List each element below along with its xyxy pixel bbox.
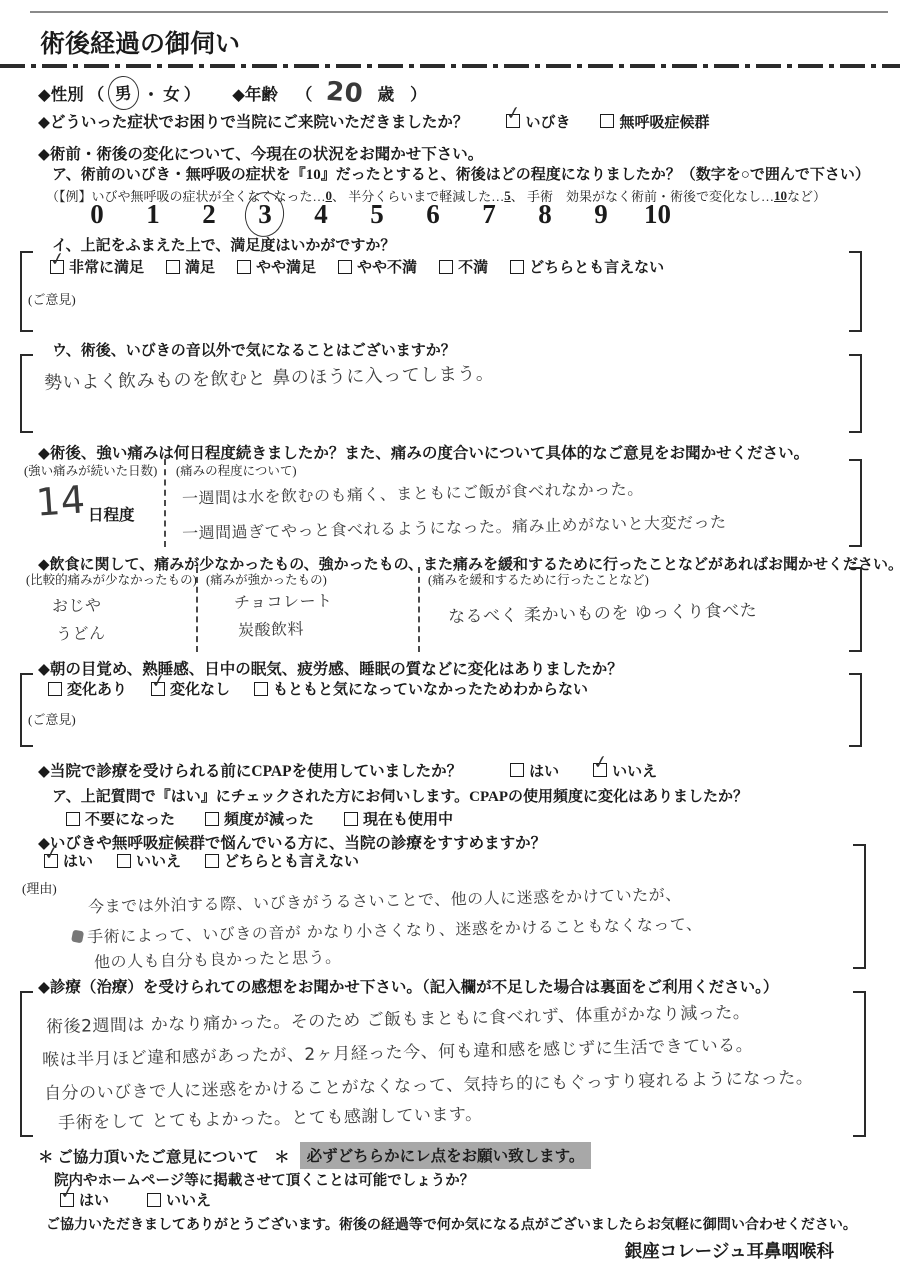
- checkbox-mukokyuu[interactable]: 無呼吸症候群: [600, 111, 709, 132]
- checkbox-box: ✓: [50, 260, 64, 274]
- sleep-answer-area: 変化あり ✓変化なし もともと気になっていなかったためわからない (ご意見): [20, 673, 862, 747]
- age-label: ◆年齢: [232, 81, 278, 105]
- impression-line-3: 自分のいびきで人に迷惑をかけることがなくなって、気持ち的にもぐっすり寝れるように…: [44, 1063, 814, 1104]
- checkbox-fuman[interactable]: 不満: [439, 256, 488, 277]
- checkbox-label: はい: [79, 1189, 109, 1210]
- checkbox-box: [344, 812, 358, 826]
- checkbox-label: どちらとも言えない: [224, 850, 359, 871]
- scribble-mark: [71, 930, 84, 944]
- paren: ）: [184, 81, 201, 105]
- sex-female-option[interactable]: 女: [163, 81, 180, 105]
- sleep-options-row: 変化あり ✓変化なし もともと気になっていなかったためわからない: [48, 678, 588, 699]
- checkbox-box: [439, 260, 453, 274]
- age-unit: 歳: [378, 81, 395, 105]
- recommend-answer-area: ✓はい いいえ どちらとも言えない (理由) 今までは外泊する際、いびきがうるさ…: [20, 844, 866, 969]
- checkbox-box: [510, 763, 524, 777]
- checkbox-yaya-fuman[interactable]: やや不満: [338, 256, 417, 277]
- column-divider: [164, 459, 166, 547]
- right-bracket: [848, 251, 862, 332]
- scale-number-1[interactable]: 1: [140, 199, 166, 230]
- check-mark: ✓: [150, 671, 168, 691]
- checkbox-label: 不要になった: [85, 808, 175, 829]
- impression-line-4: 手術をして とてもよかった。とても感謝しています。: [58, 1100, 483, 1134]
- page-top-rule: [30, 11, 888, 13]
- paren: （: [88, 81, 105, 105]
- food-col3-label: (痛みを緩和するために行ったことなど): [428, 570, 649, 588]
- scale-number-6[interactable]: 6: [420, 199, 446, 230]
- checkbox-label: 不満: [458, 256, 488, 277]
- checkbox-box: ✓: [60, 1193, 74, 1207]
- checkbox-consent-hai[interactable]: ✓はい: [60, 1189, 109, 1210]
- severity-scale-row: 0 1 2 3 4 5 6 7 8 9 10: [84, 199, 670, 230]
- column-divider: [418, 567, 420, 652]
- checkbox-rec-iie[interactable]: いいえ: [117, 850, 181, 871]
- pain-degree-line-1: 一週間は水を飲むのも痛く、まともにご飯が食べれなかった。: [182, 476, 644, 509]
- recommend-options-row: ✓はい いいえ どちらとも言えない: [44, 850, 359, 871]
- checkbox-box: [205, 854, 219, 868]
- checkbox-label: 無呼吸症候群: [619, 111, 709, 132]
- reason-line-1: 今までは外泊する際、いびきがうるさいことで、他の人に迷惑をかけていたが、: [88, 882, 682, 917]
- checkbox-label: やや不満: [357, 256, 417, 277]
- checkbox-henka-nashi[interactable]: ✓変化なし: [151, 678, 230, 699]
- food-col2-line1: チョコレート: [234, 588, 333, 613]
- checkbox-box: [166, 260, 180, 274]
- sex-label: ◆性別: [38, 81, 84, 105]
- checkbox-ibiki[interactable]: ✓ いびき: [506, 111, 570, 132]
- food-col2-label: (痛みが強かったもの): [206, 570, 327, 588]
- food-col1-line2: うどん: [56, 620, 106, 644]
- pain-degree-line-2: 一週間過ぎてやっと食べれるようになった。痛み止めがないと大変だった: [182, 509, 727, 543]
- scale-number-8[interactable]: 8: [532, 199, 558, 230]
- opinion-label: (ご意見): [28, 289, 76, 308]
- separator-dot: ・: [143, 81, 160, 105]
- left-bracket: [20, 991, 34, 1137]
- reason-line-3: 他の人も自分も良かったと思う。: [94, 944, 342, 972]
- checkbox-manzoku[interactable]: 満足: [166, 256, 215, 277]
- reason-label: (理由): [22, 878, 57, 897]
- profile-row: ◆性別 （ 男 ・ 女 ） ◆年齢 （ 20 歳 ）: [38, 78, 427, 108]
- scale-number-4[interactable]: 4: [308, 199, 334, 230]
- pain-degree-label: (痛みの程度について): [176, 461, 297, 479]
- checkbox-box: [48, 682, 62, 696]
- checkbox-label: やや満足: [256, 256, 316, 277]
- checkbox-label: はい: [63, 850, 93, 871]
- checkbox-fuyou[interactable]: 不要になった: [66, 808, 175, 829]
- opinion-label: (ご意見): [28, 709, 76, 728]
- checkbox-label: 頻度が減った: [224, 808, 314, 829]
- checkbox-rec-dochira[interactable]: どちらとも言えない: [205, 850, 359, 871]
- title-separator-line: [0, 64, 900, 68]
- checkbox-cpap-hai[interactable]: はい: [510, 760, 559, 781]
- scale-number-9[interactable]: 9: [588, 199, 614, 230]
- pain-days-label: (強い痛みが続いた日数): [24, 461, 157, 479]
- right-bracket: [852, 991, 866, 1137]
- checkbox-label: いいえ: [136, 850, 181, 871]
- checkbox-genzai-shiyou[interactable]: 現在も使用中: [344, 808, 453, 829]
- checkbox-box: ✓: [506, 114, 520, 128]
- check-mark: ✓: [43, 843, 61, 863]
- consent-highlight-note: 必ずどちらかにレ点をお願い致します。: [300, 1142, 592, 1169]
- check-mark: ✓: [49, 249, 67, 269]
- right-bracket: [848, 567, 862, 652]
- checkbox-box: [600, 114, 614, 128]
- symptom-row: ◆どういった症状でお困りで当院にご来院いただきましたか？ ✓ いびき 無呼吸症候…: [38, 110, 709, 132]
- reason-line-text: 手術によって、いびきの音が かなり小さくなり、迷惑をかけることもなくなって、: [87, 914, 703, 946]
- cpap-sub-question-label: ア、上記質問で『はい』にチェックされた方にお伺いします。CPAPの使用頻度に変化…: [52, 785, 748, 806]
- consent-header-row: ＊ ご協力頂いたご意見について ＊ 必ずどちらかにレ点をお願い致します。: [38, 1142, 591, 1169]
- checkbox-box: [205, 812, 219, 826]
- clinic-name: 銀座コレージュ耳鼻咽喉科: [625, 1238, 834, 1263]
- checkbox-box: [338, 260, 352, 274]
- page-title: 術後経過の御伺い: [40, 24, 240, 60]
- checkbox-box: [237, 260, 251, 274]
- concern-answer-handwritten: 勢いよく飲みものを飲むと 鼻のほうに入ってしまう。: [44, 359, 495, 394]
- checkbox-label: もともと気になっていなかったためわからない: [273, 678, 588, 699]
- checkbox-box: ✓: [593, 763, 607, 777]
- impression-answer-area: 術後2週間は かなり痛かった。そのため ご飯もまともに食べれず、体重がかなり減っ…: [20, 991, 866, 1137]
- checkbox-label: 非常に満足: [69, 256, 144, 277]
- checkbox-box: [510, 260, 524, 274]
- food-answer-area: (比較的痛みが少なかったもの) (痛みが強かったもの) (痛みを緩和するために行…: [24, 567, 862, 652]
- checkbox-box: ✓: [44, 854, 58, 868]
- pain-days-unit: 日程度: [88, 503, 135, 525]
- check-mark: ✓: [59, 1182, 77, 1202]
- reason-line-2: 手術によって、いびきの音が かなり小さくなり、迷惑をかけることもなくなって、: [72, 911, 703, 947]
- cpap-row: ◆当院で診療を受けられる前にCPAPを使用していましたか？ はい ✓いいえ: [38, 759, 657, 781]
- checkbox-rec-hai[interactable]: ✓はい: [44, 850, 93, 871]
- consent-options-row: ✓はい いいえ: [60, 1189, 211, 1210]
- checkbox-henka-ari[interactable]: 変化あり: [48, 678, 127, 699]
- consent-prefix: ＊ ご協力頂いたご意見について ＊: [38, 1145, 290, 1167]
- right-bracket: [852, 844, 866, 969]
- checkbox-cpap-iie[interactable]: ✓いいえ: [593, 760, 657, 781]
- pain-answer-area: (強い痛みが続いた日数) (痛みの程度について) 14 日程度 一週間は水を飲む…: [24, 459, 862, 547]
- scale-number-10[interactable]: 10: [644, 199, 670, 230]
- example-value-10: 10: [774, 188, 787, 204]
- thanks-note: ご協力いただきましてありがとうございます。術後の経過等で何か気になる点がございま…: [46, 1214, 857, 1234]
- change-sub-question: ア、術前のいびき・無呼吸の症状を『10』だったとすると、術後はどの程度になりまし…: [52, 163, 870, 184]
- checkbox-label: 現在も使用中: [363, 808, 453, 829]
- checkbox-label: いいえ: [166, 1189, 211, 1210]
- check-mark: ✓: [592, 753, 610, 773]
- checkbox-label: はい: [529, 760, 559, 781]
- checkbox-motomoto[interactable]: もともと気になっていなかったためわからない: [254, 678, 588, 699]
- paren: ）: [410, 81, 427, 105]
- checkbox-box: ✓: [151, 682, 165, 696]
- checkbox-box: [66, 812, 80, 826]
- food-col3-line1: なるべく 柔かいものを ゆっくり食べた: [448, 596, 758, 627]
- impression-line-2: 喉は半月ほど違和感があったが、2ヶ月経った今、何も違和感を感じずに生活できている…: [42, 1031, 754, 1071]
- checkbox-yaya-manzoku[interactable]: やや満足: [237, 256, 316, 277]
- checkbox-box: [254, 682, 268, 696]
- checkbox-label: 変化あり: [67, 678, 127, 699]
- right-bracket: [848, 673, 862, 747]
- checkbox-dochira-tomo[interactable]: どちらとも言えない: [510, 256, 664, 277]
- right-bracket: [848, 354, 862, 433]
- checkbox-box: [147, 1193, 161, 1207]
- impression-line-1: 術後2週間は かなり痛かった。そのため ご飯もまともに食べれず、体重がかなり減っ…: [46, 998, 751, 1038]
- checkbox-hindo-hetta[interactable]: 頻度が減った: [205, 808, 314, 829]
- checkbox-label: いいえ: [612, 760, 657, 781]
- symptom-question-label: ◆どういった症状でお困りで当院にご来院いただきましたか？: [38, 110, 468, 132]
- checkbox-box: [117, 854, 131, 868]
- scale-number-5[interactable]: 5: [364, 199, 390, 230]
- consent-question: 院内やホームページ等に掲載させて頂くことは可能でしょうか？: [54, 1169, 474, 1190]
- sex-male-circled[interactable]: 男: [107, 74, 141, 111]
- checkbox-hijouni-manzoku[interactable]: ✓非常に満足: [50, 256, 144, 277]
- paren: （: [296, 81, 313, 105]
- cpap-sub-options-row: 不要になった 頻度が減った 現在も使用中: [66, 808, 453, 829]
- change-question-label: ◆術前・術後の変化について、今現在の状況をお聞かせ下さい。: [38, 142, 483, 164]
- satisfaction-options-row: ✓非常に満足 満足 やや満足 やや不満 不満 どちらとも言えない: [50, 256, 664, 277]
- checkbox-consent-iie[interactable]: いいえ: [147, 1189, 211, 1210]
- checkbox-label: 変化なし: [170, 678, 230, 699]
- food-col1-line1: おじや: [52, 592, 102, 616]
- example-text: など）: [787, 186, 826, 205]
- concern-answer-area: 勢いよく飲みものを飲むと 鼻のほうに入ってしまう。: [20, 354, 862, 433]
- food-col1-label: (比較的痛みが少なかったもの): [26, 570, 197, 588]
- pain-days-value-handwritten: 14: [35, 477, 87, 524]
- scale-number-2[interactable]: 2: [196, 199, 222, 230]
- scale-number-7[interactable]: 7: [476, 199, 502, 230]
- check-mark: ✓: [505, 104, 523, 124]
- food-col2-line2: 炭酸飲料: [238, 616, 304, 640]
- scanned-questionnaire-page: 術後経過の御伺い ◆性別 （ 男 ・ 女 ） ◆年齢 （ 20 歳 ） ◆どうい…: [0, 0, 900, 1273]
- sex-male-label: 男: [114, 83, 132, 104]
- checkbox-label: 満足: [185, 256, 215, 277]
- scale-number-3-circled[interactable]: 3: [252, 199, 278, 230]
- right-bracket: [848, 459, 862, 547]
- left-bracket: [20, 354, 34, 433]
- age-value-handwritten: 20: [325, 77, 364, 110]
- checkbox-label: どちらとも言えない: [529, 256, 664, 277]
- scale-number-0[interactable]: 0: [84, 199, 110, 230]
- cpap-question-label: ◆当院で診療を受けられる前にCPAPを使用していましたか？: [38, 759, 462, 781]
- satisfaction-answer-area: ✓非常に満足 満足 やや満足 やや不満 不満 どちらとも言えない (ご意見): [20, 251, 862, 332]
- checkbox-label: いびき: [525, 111, 570, 132]
